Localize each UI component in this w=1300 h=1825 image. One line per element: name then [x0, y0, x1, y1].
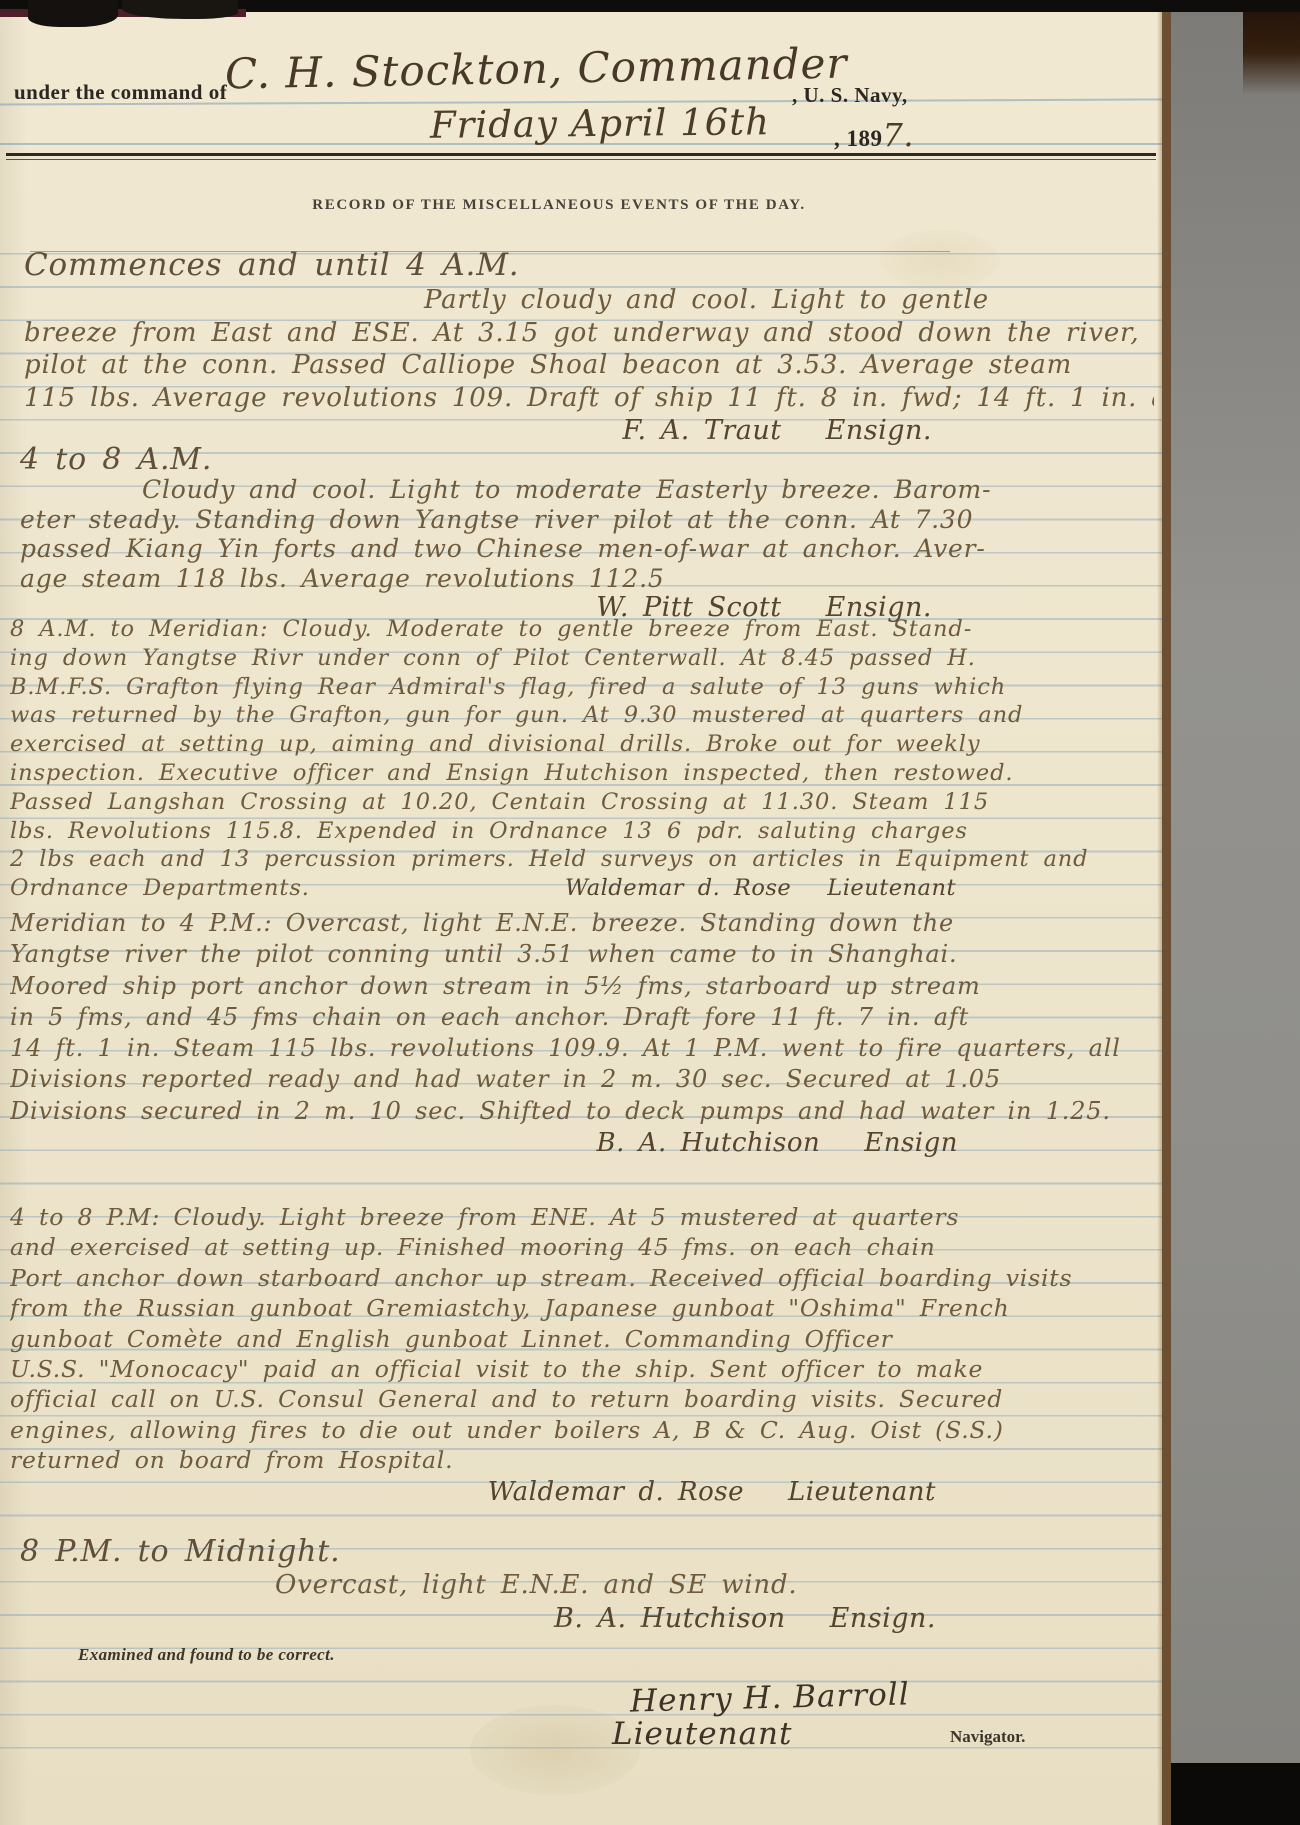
log-line: 8 A.M. to Meridian: Cloudy. Moderate to …	[10, 615, 1156, 644]
signature-name: B. A. Hutchison	[597, 1128, 821, 1158]
signature: Waldemar d. RoseLieutenant	[565, 874, 956, 903]
log-line: Ordnance Departments.	[10, 874, 310, 903]
signature: B. A. HutchisonEnsign.	[20, 1602, 1154, 1636]
log-line: engines, allowing fires to die out under…	[10, 1415, 1156, 1445]
section-title: RECORD OF THE MISCELLANEOUS EVENTS OF TH…	[0, 197, 1162, 214]
log-entry-first-watch: 8 P.M. to Midnight. Overcast, light E.N.…	[0, 1535, 1162, 1636]
book-cover-corner	[1243, 0, 1300, 95]
log-line: from the Russian gunboat Gremiastchy, Ja…	[10, 1293, 1156, 1323]
logbook-page: under the command of C. H. Stockton, Com…	[0, 0, 1171, 1825]
binding-shadow	[28, 0, 118, 27]
log-entry-forenoon-watch: 8 A.M. to Meridian: Cloudy. Moderate to …	[0, 615, 1162, 903]
signature-rank: Ensign.	[826, 415, 932, 446]
log-line: 115 lbs. Average revolutions 109. Draft …	[24, 382, 1154, 415]
log-line: gunboat Comète and English gunboat Linne…	[10, 1324, 1156, 1354]
log-line: B.M.F.S. Grafton flying Rear Admiral's f…	[10, 673, 1156, 702]
log-line: official call on U.S. Consul General and…	[10, 1384, 1156, 1414]
log-entry-midwatch: Commences and until 4 A.M. Partly cloudy…	[0, 246, 1162, 447]
log-line: eter steady. Standing down Yangtse river…	[20, 505, 1154, 535]
signature-rank: Ensign	[864, 1128, 958, 1158]
log-entry-evening-watch: 4 to 8 P.M: Cloudy. Light breeze from EN…	[0, 1202, 1162, 1508]
entry-heading: Commences and until 4 A.M.	[24, 246, 1154, 284]
log-entry-afternoon-watch: Meridian to 4 P.M.: Overcast, light E.N.…	[0, 908, 1162, 1159]
signature: F. A. TrautEnsign.	[24, 414, 1154, 447]
signature: Waldemar d. RoseLieutenant	[10, 1476, 1156, 1508]
log-line: lbs. Revolutions 115.8. Expended in Ordn…	[10, 817, 1156, 846]
log-line: Divisions reported ready and had water i…	[10, 1064, 1156, 1095]
signature-name: F. A. Traut	[623, 415, 782, 446]
log-line: ing down Yangtse Rivr under conn of Pilo…	[10, 644, 1156, 673]
log-line: passed Kiang Yin forts and two Chinese m…	[20, 534, 1154, 564]
log-line: returned on board from Hospital.	[10, 1445, 1156, 1475]
log-line: inspection. Executive officer and Ensign…	[10, 759, 1156, 788]
log-entry-morning-watch: 4 to 8 A.M. Cloudy and cool. Light to mo…	[0, 444, 1162, 623]
log-line: Partly cloudy and cool. Light to gentle	[24, 284, 1154, 317]
log-line: and exercised at setting up. Finished mo…	[10, 1232, 1156, 1262]
log-line: Divisions secured in 2 m. 10 sec. Shifte…	[10, 1096, 1156, 1127]
signature-rank: Ensign.	[830, 1603, 936, 1634]
printed-command-prefix: under the command of	[14, 80, 227, 105]
signature-rank: Lieutenant	[788, 1477, 936, 1507]
navigator-signature-name: Henry H. Barroll	[630, 1676, 911, 1719]
log-line: age steam 118 lbs. Average revolutions 1…	[20, 564, 1154, 594]
commander-signature-script: C. H. Stockton, Commander	[225, 39, 848, 99]
log-line: Port anchor down starboard anchor up str…	[10, 1263, 1156, 1293]
header-divider	[6, 159, 1156, 161]
signature-name: Waldemar d. Rose	[488, 1477, 744, 1507]
log-line: Yangtse river the pilot conning until 3.…	[10, 939, 1156, 970]
log-line: Overcast, light E.N.E. and SE wind.	[20, 1569, 1154, 1602]
log-line: U.S.S. "Monocacy" paid an official visit…	[10, 1354, 1156, 1384]
printed-year: , 1897.	[834, 116, 914, 154]
entry-heading: 4 to 8 A.M.	[20, 444, 1154, 475]
log-line: breeze from East and ESE. At 3.15 got un…	[24, 317, 1154, 350]
navigator-signature-rank: Lieutenant	[612, 1716, 793, 1752]
log-line: 14 ft. 1 in. Steam 115 lbs. revolutions …	[10, 1033, 1156, 1064]
year-prefix: , 189	[834, 126, 883, 151]
printed-navigator-label: Navigator.	[950, 1727, 1025, 1747]
printed-us-navy: , U. S. Navy,	[792, 83, 908, 108]
logbook-photo: { "colors": { "paper": "#ede5cc", "ink":…	[0, 0, 1300, 1825]
log-line: 4 to 8 P.M: Cloudy. Light breeze from EN…	[10, 1202, 1156, 1232]
log-line: exercised at setting up, aiming and divi…	[10, 730, 1156, 759]
date-script: Friday April 16th	[430, 100, 770, 147]
year-digit-script: 7.	[883, 116, 915, 154]
log-line: Meridian to 4 P.M.: Overcast, light E.N.…	[10, 908, 1156, 939]
header-divider	[6, 153, 1156, 156]
log-line: was returned by the Grafton, gun for gun…	[10, 701, 1156, 730]
log-line: 2 lbs each and 13 percussion primers. He…	[10, 845, 1156, 874]
signature-name: Waldemar d. Rose	[565, 875, 791, 901]
table-shadow	[1150, 1763, 1300, 1825]
log-line: in 5 fms, and 45 fms chain on each ancho…	[10, 1002, 1156, 1033]
log-line: Cloudy and cool. Light to moderate Easte…	[20, 475, 1154, 505]
adjacent-page-surface	[1152, 8, 1300, 1766]
signature-name: B. A. Hutchison	[554, 1603, 786, 1634]
log-line: Moored ship port anchor down stream in 5…	[10, 971, 1156, 1002]
signature-rank: Lieutenant	[827, 875, 956, 901]
entry-heading: 8 P.M. to Midnight.	[20, 1535, 1154, 1569]
log-line: pilot at the conn. Passed Calliope Shoal…	[24, 349, 1154, 382]
log-line-with-signature: Ordnance Departments. Waldemar d. RoseLi…	[10, 874, 1156, 903]
log-line: Passed Langshan Crossing at 10.20, Centa…	[10, 788, 1156, 817]
signature: B. A. HutchisonEnsign	[10, 1127, 1156, 1159]
examined-statement: Examined and found to be correct.	[78, 1645, 335, 1665]
